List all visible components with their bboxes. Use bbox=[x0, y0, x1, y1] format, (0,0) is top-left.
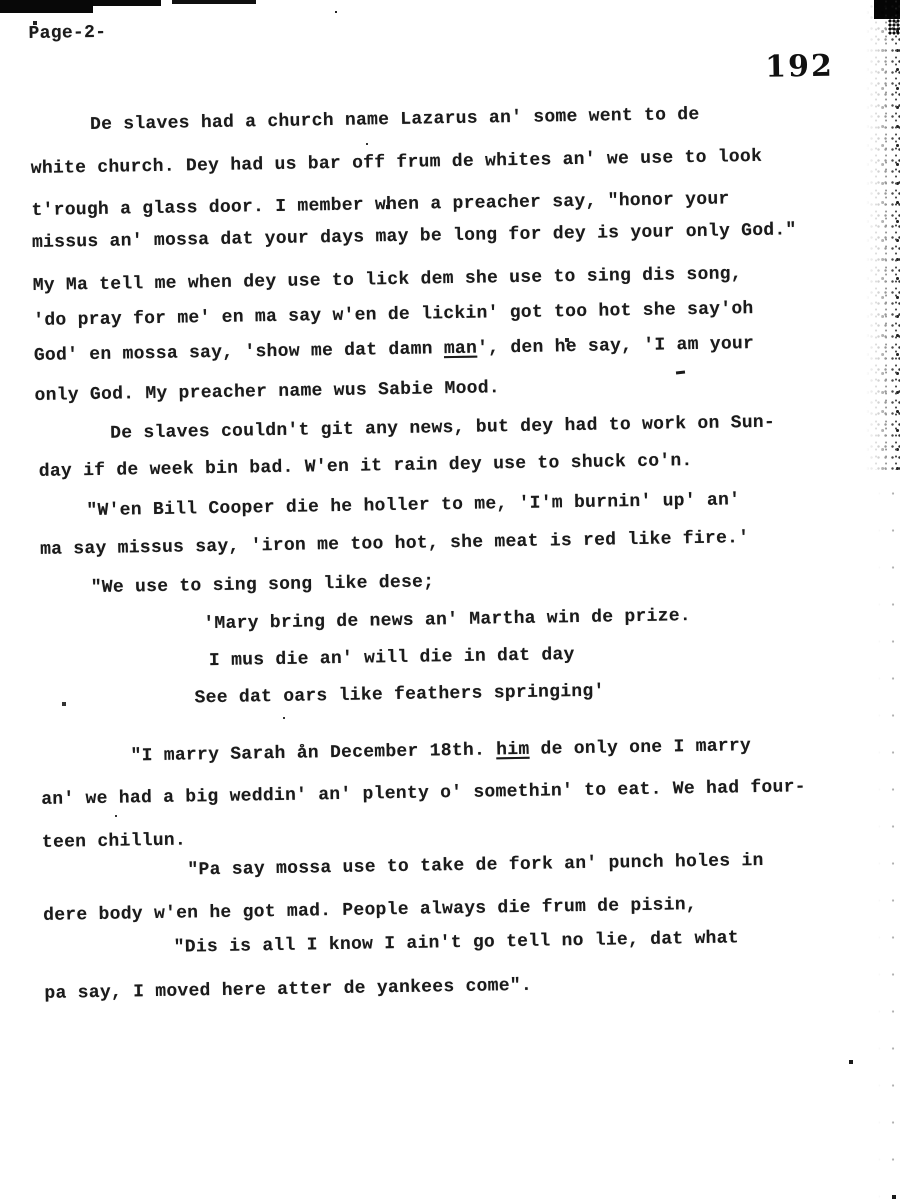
text-line: "Dis is all I know I ain't go tell no li… bbox=[174, 928, 739, 958]
underlined-word: him bbox=[496, 740, 530, 761]
text-line: 'Mary bring de news an' Martha win de pr… bbox=[203, 606, 691, 635]
text-segment: missus an' mossa dat your days may be lo… bbox=[32, 220, 797, 253]
text-line: white church. Dey had us bar off frum de… bbox=[31, 147, 763, 180]
text-line: ma say missus say, 'iron me too hot, she… bbox=[40, 528, 749, 560]
text-line: "I marry Sarah ån December 18th. him de … bbox=[130, 736, 751, 767]
text-line: My Ma tell me when dey use to lick dem s… bbox=[33, 264, 742, 296]
text-segment: "W'en Bill Cooper die he holler to me, '… bbox=[86, 490, 740, 521]
text-line: day if de week bin bad. W'en it rain dey… bbox=[39, 451, 693, 483]
text-line: I mus die an' will die in dat day bbox=[209, 645, 575, 672]
text-line: De slaves couldn't git any news, but dey… bbox=[110, 413, 775, 445]
text-line: "W'en Bill Cooper die he holler to me, '… bbox=[86, 490, 740, 522]
text-segment: day if de week bin bad. W'en it rain dey… bbox=[39, 451, 693, 482]
text-segment: My Ma tell me when dey use to lick dem s… bbox=[33, 264, 742, 296]
text-segment: 'do pray for me' en ma say w'en de licki… bbox=[33, 299, 754, 331]
text-line: God' en mossa say, 'show me dat damn man… bbox=[34, 334, 755, 367]
text-segment: white church. Dey had us bar off frum de… bbox=[31, 147, 763, 179]
text-line: 'do pray for me' en ma say w'en de licki… bbox=[33, 299, 754, 332]
text-segment: t'rough a glass door. I member when a pr… bbox=[31, 189, 729, 221]
text-line: t'rough a glass door. I member when a pr… bbox=[31, 189, 729, 221]
text-line: an' we had a big weddin' an' plenty o' s… bbox=[41, 777, 806, 810]
text-segment: "Dis is all I know I ain't go tell no li… bbox=[174, 928, 739, 957]
text-line: missus an' mossa dat your days may be lo… bbox=[32, 220, 797, 253]
text-segment: dere body w'en he got mad. People always… bbox=[43, 895, 697, 926]
text-segment: "We use to sing song like dese; bbox=[91, 572, 435, 598]
text-segment: "I marry Sarah ån December 18th. bbox=[130, 740, 496, 766]
text-segment: only God. My preacher name wus Sabie Moo… bbox=[34, 378, 500, 406]
text-segment: an' we had a big weddin' an' plenty o' s… bbox=[41, 777, 806, 810]
page-header-label: Page-2- bbox=[28, 23, 106, 44]
text-segment: God' en mossa say, 'show me dat damn bbox=[34, 339, 444, 366]
scanned-document-page: Page-2- 192 De slaves had a church name … bbox=[0, 0, 900, 1203]
text-line: See dat oars like feathers springing' bbox=[194, 682, 604, 709]
text-segment: ma say missus say, 'iron me too hot, she… bbox=[40, 528, 749, 560]
underlined-word: man bbox=[444, 339, 478, 360]
text-segment: teen chillun. bbox=[42, 831, 186, 853]
text-line: De slaves had a church name Lazarus an' … bbox=[90, 105, 700, 136]
text-segment: De slaves had a church name Lazarus an' … bbox=[90, 105, 700, 135]
text-segment: ', den he say, 'I am your bbox=[477, 334, 754, 359]
page-number-stamp: 192 bbox=[765, 49, 834, 85]
text-segment: See dat oars like feathers springing' bbox=[194, 682, 604, 709]
text-line: teen chillun. bbox=[42, 831, 186, 854]
text-line: pa say, I moved here atter de yankees co… bbox=[44, 976, 532, 1005]
text-line: "We use to sing song like dese; bbox=[91, 572, 435, 598]
document-text: Page-2- 192 De slaves had a church name … bbox=[0, 0, 900, 1203]
text-segment: pa say, I moved here atter de yankees co… bbox=[44, 976, 532, 1004]
text-segment: I mus die an' will die in dat day bbox=[209, 645, 575, 671]
text-segment: de only one I marry bbox=[529, 736, 751, 760]
text-segment: De slaves couldn't git any news, but dey… bbox=[110, 413, 775, 444]
text-line: only God. My preacher name wus Sabie Moo… bbox=[34, 378, 500, 406]
text-line: "Pa say mossa use to take de fork an' pu… bbox=[187, 851, 764, 881]
text-segment: 'Mary bring de news an' Martha win de pr… bbox=[203, 606, 691, 634]
text-line: dere body w'en he got mad. People always… bbox=[43, 895, 697, 927]
text-segment: "Pa say mossa use to take de fork an' pu… bbox=[187, 851, 764, 881]
